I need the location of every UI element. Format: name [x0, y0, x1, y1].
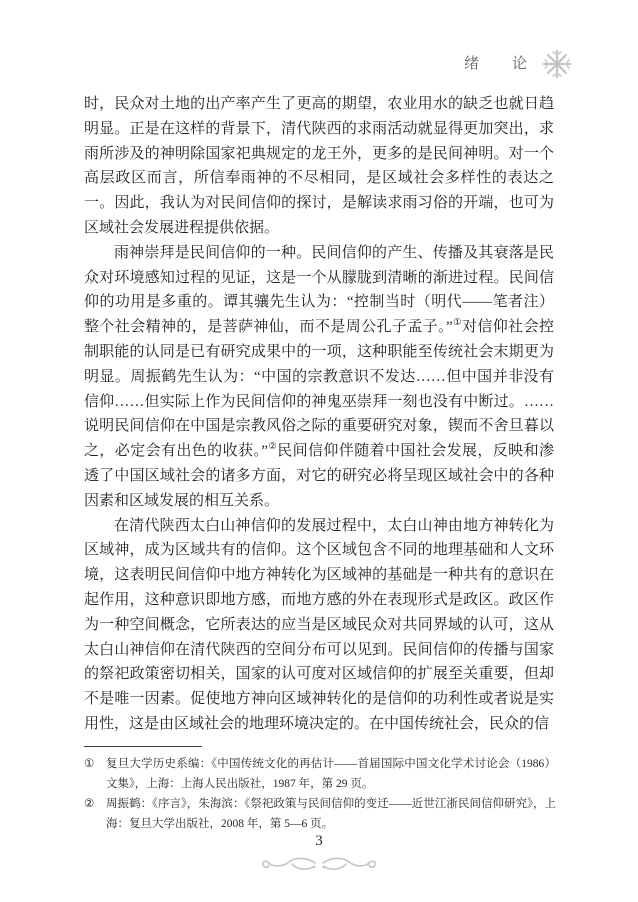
- footnote-item: ①复旦大学历史系编：《中国传统文化的再估计——首届国际中国文化学术讨论会（198…: [84, 754, 556, 794]
- chapter-title: 绪 论: [464, 47, 528, 81]
- flourish-ornament-icon: [0, 855, 638, 880]
- book-page: 绪 论: [0, 0, 638, 902]
- body-paragraph: 在清代陕西太白山神信仰的发展过程中，太白山神由地方神转化为区域神，成为区域共有的…: [84, 514, 554, 737]
- body-text: 时，民众对土地的出产率产生了更高的期望，农业用水的缺乏也就日趋明显。正是在这样的…: [84, 92, 554, 737]
- text-run: 在清代陕西太白山神信仰的发展过程中，太白山神由地方神转化为区域神，成为区域共有的…: [84, 518, 554, 732]
- footnote-ref: ②: [268, 442, 277, 452]
- body-paragraph: 时，民众对土地的出产率产生了更高的期望，农业用水的缺乏也就日趋明显。正是在这样的…: [84, 92, 554, 241]
- running-header: 绪 论: [464, 47, 574, 81]
- footnote-text: 周振鹤：《序言》，朱海滨：《祭祀政策与民间信仰的变迁——近世江浙民间信仰研究》，…: [106, 794, 556, 834]
- page-number: 3: [0, 833, 638, 850]
- text-run: 时，民众对土地的出产率产生了更高的期望，农业用水的缺乏也就日趋明显。正是在这样的…: [84, 96, 554, 236]
- footnote-marker: ①: [84, 754, 106, 794]
- footnote-ref: ①: [453, 318, 462, 328]
- footnote-separator: [84, 746, 202, 747]
- footnote-item: ②周振鹤：《序言》，朱海滨：《祭祀政策与民间信仰的变迁——近世江浙民间信仰研究》…: [84, 794, 556, 834]
- footnote-marker: ②: [84, 794, 106, 834]
- body-paragraph: 雨神崇拜是民间信仰的一种。民间信仰的产生、传播及其衰落是民众对环境感知过程的见证…: [84, 241, 554, 514]
- text-run: 对信仰社会控制职能的认同是已有研究成果中的一项，这种职能至传统社会末期更为明显。…: [84, 319, 554, 459]
- footnotes: ①复旦大学历史系编：《中国传统文化的再估计——首届国际中国文化学术讨论会（198…: [84, 754, 556, 834]
- footnote-text: 复旦大学历史系编：《中国传统文化的再估计——首届国际中国文化学术讨论会（1986…: [106, 754, 556, 794]
- snowflake-icon: [540, 47, 574, 81]
